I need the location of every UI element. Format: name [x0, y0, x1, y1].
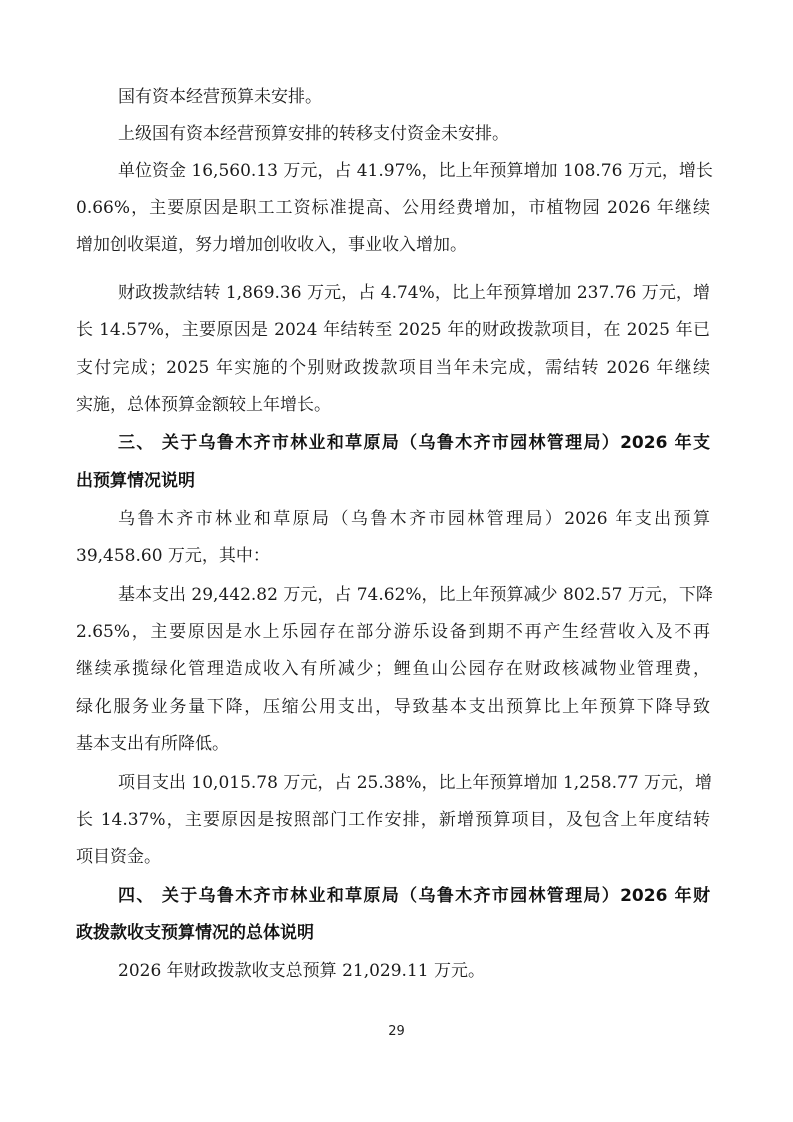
text-line: 2.65%，主要原因是水上乐园存在部分游乐设备到期不再产生经营收入及不再: [76, 621, 710, 643]
text-line: 上级国有资本经营预算安排的转移支付资金未安排。: [118, 123, 710, 145]
text-line: 39,458.60 万元，其中：: [76, 545, 710, 567]
text-line: 乌鲁木齐市林业和草原局（乌鲁木齐市园林管理局）2026 年支出预算: [118, 508, 710, 530]
text-line: 增加创收渠道，努力增加创收收入，事业收入增加。: [76, 234, 710, 256]
text-line: 长 14.37%，主要原因是按照部门工作安排，新增预算项目，及包含上年度结转: [76, 809, 710, 831]
text-line: 2026 年财政拨款收支总预算 21,029.11 万元。: [118, 960, 710, 982]
text-line: 基本支出有所降低。: [76, 733, 710, 755]
text-line: 长 14.57%，主要原因是 2024 年结转至 2025 年的财政拨款项目，在…: [76, 319, 710, 341]
section-heading-4: 四、 关于乌鲁木齐市林业和草原局（乌鲁木齐市园林管理局）2026 年财: [118, 885, 710, 907]
section-heading-4: 政拨款收支预算情况的总体说明: [76, 922, 710, 944]
page-number: 29: [0, 1024, 793, 1039]
text-line: 单位资金 16,560.13 万元，占 41.97%，比上年预算增加 108.7…: [118, 160, 710, 182]
section-heading-3: 出预算情况说明: [76, 470, 710, 492]
text-line: 基本支出 29,442.82 万元，占 74.62%，比上年预算减少 802.5…: [118, 584, 710, 606]
text-line: 项目资金。: [76, 846, 710, 868]
text-line: 国有资本经营预算未安排。: [118, 86, 710, 108]
text-line: 0.66%，主要原因是职工工资标准提高、公用经费增加，市植物园 2026 年继续: [76, 197, 710, 219]
section-heading-3: 三、 关于乌鲁木齐市林业和草原局（乌鲁木齐市园林管理局）2026 年支: [118, 432, 710, 454]
text-line: 绿化服务业务量下降，压缩公用支出，导致基本支出预算比上年预算下降导致: [76, 696, 710, 718]
text-line: 支付完成；2025 年实施的个别财政拨款项目当年未完成，需结转 2026 年继续: [76, 357, 710, 379]
text-line: 继续承揽绿化管理造成收入有所减少；鲤鱼山公园存在财政核减物业管理费，: [76, 658, 710, 680]
text-line: 项目支出 10,015.78 万元，占 25.38%，比上年预算增加 1,258…: [118, 772, 710, 794]
text-line: 实施，总体预算金额较上年增长。: [76, 394, 710, 416]
text-line: 财政拨款结转 1,869.36 万元，占 4.74%，比上年预算增加 237.7…: [118, 282, 710, 304]
document-page: 国有资本经营预算未安排。 上级国有资本经营预算安排的转移支付资金未安排。 单位资…: [0, 0, 793, 1122]
